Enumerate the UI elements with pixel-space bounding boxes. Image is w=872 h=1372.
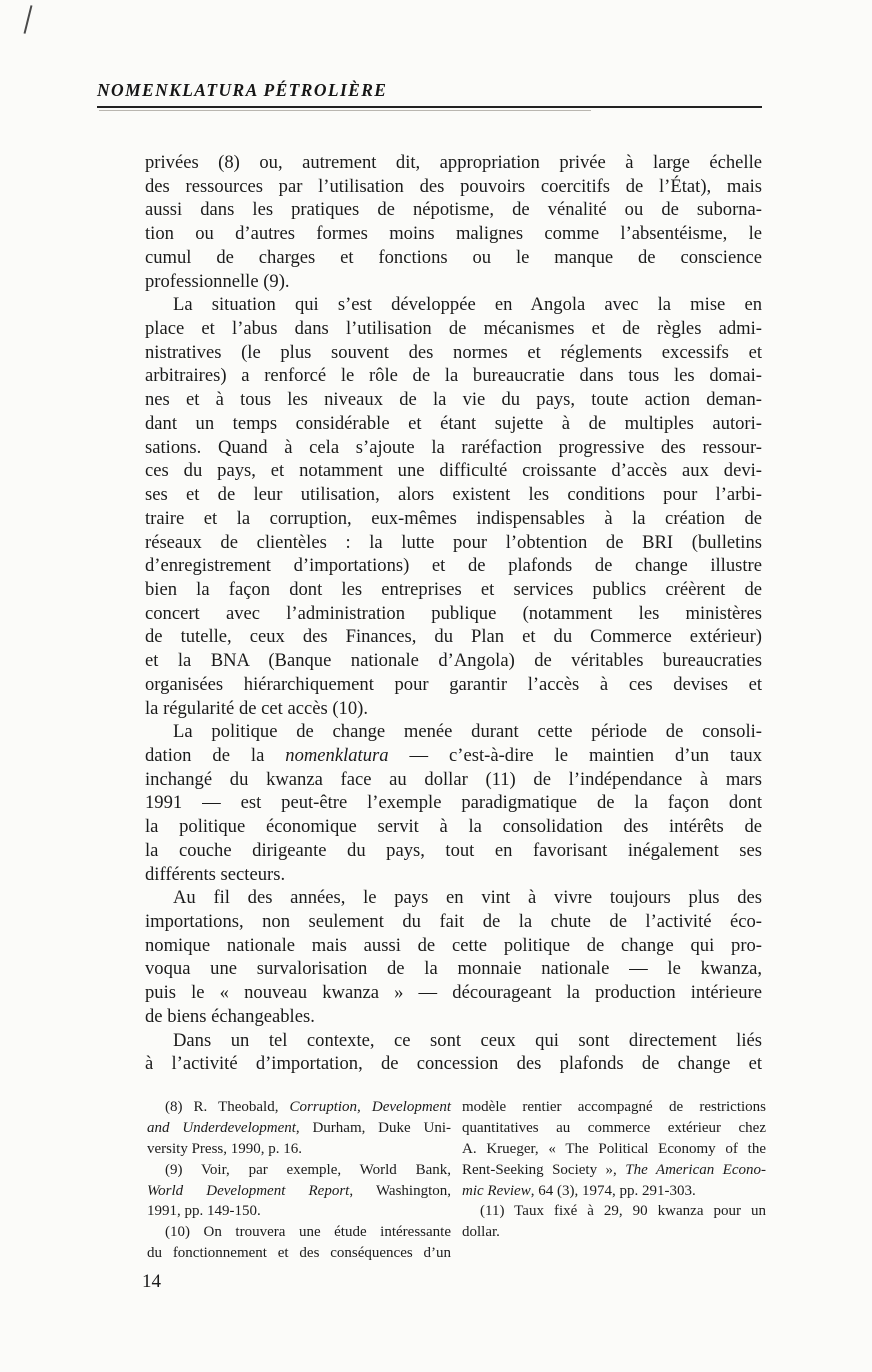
- italic-text: Corruption, Development: [290, 1099, 451, 1115]
- text: place et l’abus dans l’utilisation de mé…: [145, 318, 762, 339]
- text-line: professionnelle (9).: [145, 270, 762, 294]
- text-line: and Underdevelopment, Durham, Duke Uni-: [147, 1118, 451, 1139]
- text-line: Rent-Seeking Society », The American Eco…: [462, 1160, 766, 1181]
- text: réseaux de clientèles : la lutte pour l’…: [145, 532, 762, 553]
- text-line: A. Krueger, « The Political Economy of t…: [462, 1139, 766, 1160]
- text-line: nomique nationale mais aussi de cette po…: [145, 934, 762, 958]
- text: ses et de leur utilisation, alors existe…: [145, 484, 762, 505]
- body-text: privées (8) ou, autrement dit, appropria…: [145, 151, 762, 1076]
- text-line: La politique de change menée durant cett…: [145, 720, 762, 744]
- text-line: dollar.: [462, 1222, 766, 1243]
- text: aussi dans les pratiques de népotisme, d…: [145, 199, 762, 220]
- text: la politique économique servit à la cons…: [145, 816, 762, 837]
- text: quantitatives au commerce extérieur chez: [462, 1120, 766, 1136]
- italic-text: and Underdevelopment: [147, 1120, 296, 1136]
- text: (10) On trouvera une étude intéressante: [165, 1224, 451, 1240]
- text: , Washington,: [349, 1183, 451, 1199]
- header-rule-shadow: [99, 110, 591, 111]
- text: à l’activité d’importation, de concessio…: [145, 1053, 762, 1074]
- text-line: sations. Quand à cela s’ajoute la raréfa…: [145, 436, 762, 460]
- text: 1991 — est peut-être l’exemple paradigma…: [145, 792, 762, 813]
- text: professionnelle (9).: [145, 271, 290, 292]
- text-line: nes et à tous les niveaux de la vie du p…: [145, 388, 762, 412]
- text: modèle rentier accompagné de restriction…: [462, 1099, 766, 1115]
- text: dollar.: [462, 1224, 500, 1240]
- text: organisées hiérarchiquement pour garanti…: [145, 674, 762, 695]
- text-line: ses et de leur utilisation, alors existe…: [145, 483, 762, 507]
- text-line: arbitraires) a renforcé le rôle de la bu…: [145, 364, 762, 388]
- text: d’enregistrement d’importations) et de p…: [145, 555, 762, 576]
- text-line: (10) On trouvera une étude intéressante: [147, 1222, 451, 1243]
- text-line: la politique économique servit à la cons…: [145, 815, 762, 839]
- text: cumul de charges et fonctions ou le manq…: [145, 247, 762, 268]
- text-line: voqua une survalorisation de la monnaie …: [145, 957, 762, 981]
- text: inchangé du kwanza face au dollar (11) d…: [145, 769, 762, 790]
- text: nistratives (le plus souvent des normes …: [145, 342, 762, 363]
- text-line: la régularité de cet accès (10).: [145, 697, 762, 721]
- footnotes-right-column: modèle rentier accompagné de restriction…: [462, 1097, 766, 1243]
- text: la couche dirigeante du pays, tout en fa…: [145, 840, 762, 861]
- text: dant un temps considérable et étant suje…: [145, 413, 762, 434]
- text: sations. Quand à cela s’ajoute la raréfa…: [145, 437, 762, 458]
- text-line: de tutelle, ceux des Finances, du Plan e…: [145, 625, 762, 649]
- italic-text: nomenklatura: [285, 745, 388, 766]
- header-rule: [97, 106, 762, 108]
- text-line: La situation qui s’est développée en Ang…: [145, 293, 762, 317]
- italic-text: World Development Report: [147, 1183, 349, 1199]
- text: voqua une survalorisation de la monnaie …: [145, 958, 762, 979]
- scanned-book-page: NOMENKLATURA PÉTROLIÈRE privées (8) ou, …: [0, 0, 872, 1372]
- scan-slash-artifact: [24, 5, 33, 34]
- text-line: réseaux de clientèles : la lutte pour l’…: [145, 531, 762, 555]
- text: (8) R. Theobald,: [165, 1099, 290, 1115]
- text: A. Krueger, « The Political Economy of t…: [462, 1141, 766, 1157]
- text: , Durham, Duke Uni-: [296, 1120, 451, 1136]
- text-line: différents secteurs.: [145, 863, 762, 887]
- text: du fonctionnement et des conséquences d’…: [147, 1245, 451, 1261]
- text-line: ces du pays, et notamment une difficulté…: [145, 459, 762, 483]
- text-line: puis le « nouveau kwanza » — découragean…: [145, 981, 762, 1005]
- text-line: cumul de charges et fonctions ou le manq…: [145, 246, 762, 270]
- text-line: importations, non seulement du fait de l…: [145, 910, 762, 934]
- text-line: tion ou d’autres formes moins malignes c…: [145, 222, 762, 246]
- text: La politique de change menée durant cett…: [173, 721, 762, 742]
- text: des ressources par l’utilisation des pou…: [145, 176, 762, 197]
- text: traire et la corruption, eux-mêmes indis…: [145, 508, 762, 529]
- text-line: et la BNA (Banque nationale d’Angola) de…: [145, 649, 762, 673]
- text: Au fil des années, le pays en vint à viv…: [173, 887, 762, 908]
- text-line: modèle rentier accompagné de restriction…: [462, 1097, 766, 1118]
- text-line: Au fil des années, le pays en vint à viv…: [145, 886, 762, 910]
- text-line: Dans un tel contexte, ce sont ceux qui s…: [145, 1029, 762, 1053]
- text-line: quantitatives au commerce extérieur chez: [462, 1118, 766, 1139]
- page-number: 14: [142, 1271, 161, 1293]
- italic-text: mic Review: [462, 1183, 531, 1199]
- footnotes-left-column: (8) R. Theobald, Corruption, Development…: [147, 1097, 451, 1264]
- text: nomique nationale mais aussi de cette po…: [145, 935, 762, 956]
- text: 1991, pp. 149-150.: [147, 1203, 261, 1219]
- text: Dans un tel contexte, ce sont ceux qui s…: [173, 1030, 762, 1051]
- text-line: des ressources par l’utilisation des pou…: [145, 175, 762, 199]
- text-line: versity Press, 1990, p. 16.: [147, 1139, 451, 1160]
- running-header: NOMENKLATURA PÉTROLIÈRE: [97, 80, 387, 101]
- text: bien la façon dont les entreprises et se…: [145, 579, 762, 600]
- text-line: mic Review, 64 (3), 1974, pp. 291-303.: [462, 1181, 766, 1202]
- text: (11) Taux fixé à 29, 90 kwanza pour un: [480, 1203, 766, 1219]
- italic-text: The American Econo-: [625, 1162, 766, 1178]
- text: dation de la: [145, 745, 285, 766]
- text: la régularité de cet accès (10).: [145, 698, 368, 719]
- text: ces du pays, et notamment une difficulté…: [145, 460, 762, 481]
- text-line: (9) Voir, par exemple, World Bank,: [147, 1160, 451, 1181]
- text-line: 1991 — est peut-être l’exemple paradigma…: [145, 791, 762, 815]
- text-line: 1991, pp. 149-150.: [147, 1201, 451, 1222]
- text: tion ou d’autres formes moins malignes c…: [145, 223, 762, 244]
- text-line: du fonctionnement et des conséquences d’…: [147, 1243, 451, 1264]
- text-line: de biens échangeables.: [145, 1005, 762, 1029]
- text: concert avec l’administration publique (…: [145, 603, 762, 624]
- text-line: bien la façon dont les entreprises et se…: [145, 578, 762, 602]
- text-line: d’enregistrement d’importations) et de p…: [145, 554, 762, 578]
- text: — c’est-à-dire le maintien d’un taux: [389, 745, 762, 766]
- text: La situation qui s’est développée en Ang…: [173, 294, 762, 315]
- text-line: World Development Report, Washington,: [147, 1181, 451, 1202]
- text-line: à l’activité d’importation, de concessio…: [145, 1052, 762, 1076]
- text-line: (8) R. Theobald, Corruption, Development: [147, 1097, 451, 1118]
- text: différents secteurs.: [145, 864, 285, 885]
- text: (9) Voir, par exemple, World Bank,: [165, 1162, 451, 1178]
- text-line: place et l’abus dans l’utilisation de mé…: [145, 317, 762, 341]
- text-line: traire et la corruption, eux-mêmes indis…: [145, 507, 762, 531]
- text-line: la couche dirigeante du pays, tout en fa…: [145, 839, 762, 863]
- text: puis le « nouveau kwanza » — découragean…: [145, 982, 762, 1003]
- text-line: (11) Taux fixé à 29, 90 kwanza pour un: [462, 1201, 766, 1222]
- text-line: concert avec l’administration publique (…: [145, 602, 762, 626]
- text-line: organisées hiérarchiquement pour garanti…: [145, 673, 762, 697]
- text-line: privées (8) ou, autrement dit, appropria…: [145, 151, 762, 175]
- text: de tutelle, ceux des Finances, du Plan e…: [145, 626, 762, 647]
- text: de biens échangeables.: [145, 1006, 315, 1027]
- text-line: nistratives (le plus souvent des normes …: [145, 341, 762, 365]
- text: , 64 (3), 1974, pp. 291-303.: [531, 1183, 696, 1199]
- text: arbitraires) a renforcé le rôle de la bu…: [145, 365, 762, 386]
- text: nes et à tous les niveaux de la vie du p…: [145, 389, 762, 410]
- text-line: aussi dans les pratiques de népotisme, d…: [145, 198, 762, 222]
- text: Rent-Seeking Society »,: [462, 1162, 625, 1178]
- text: et la BNA (Banque nationale d’Angola) de…: [145, 650, 762, 671]
- text-line: dation de la nomenklatura — c’est-à-dire…: [145, 744, 762, 768]
- text-line: dant un temps considérable et étant suje…: [145, 412, 762, 436]
- text-line: inchangé du kwanza face au dollar (11) d…: [145, 768, 762, 792]
- text: importations, non seulement du fait de l…: [145, 911, 762, 932]
- text: versity Press, 1990, p. 16.: [147, 1141, 302, 1157]
- text: privées (8) ou, autrement dit, appropria…: [145, 152, 762, 173]
